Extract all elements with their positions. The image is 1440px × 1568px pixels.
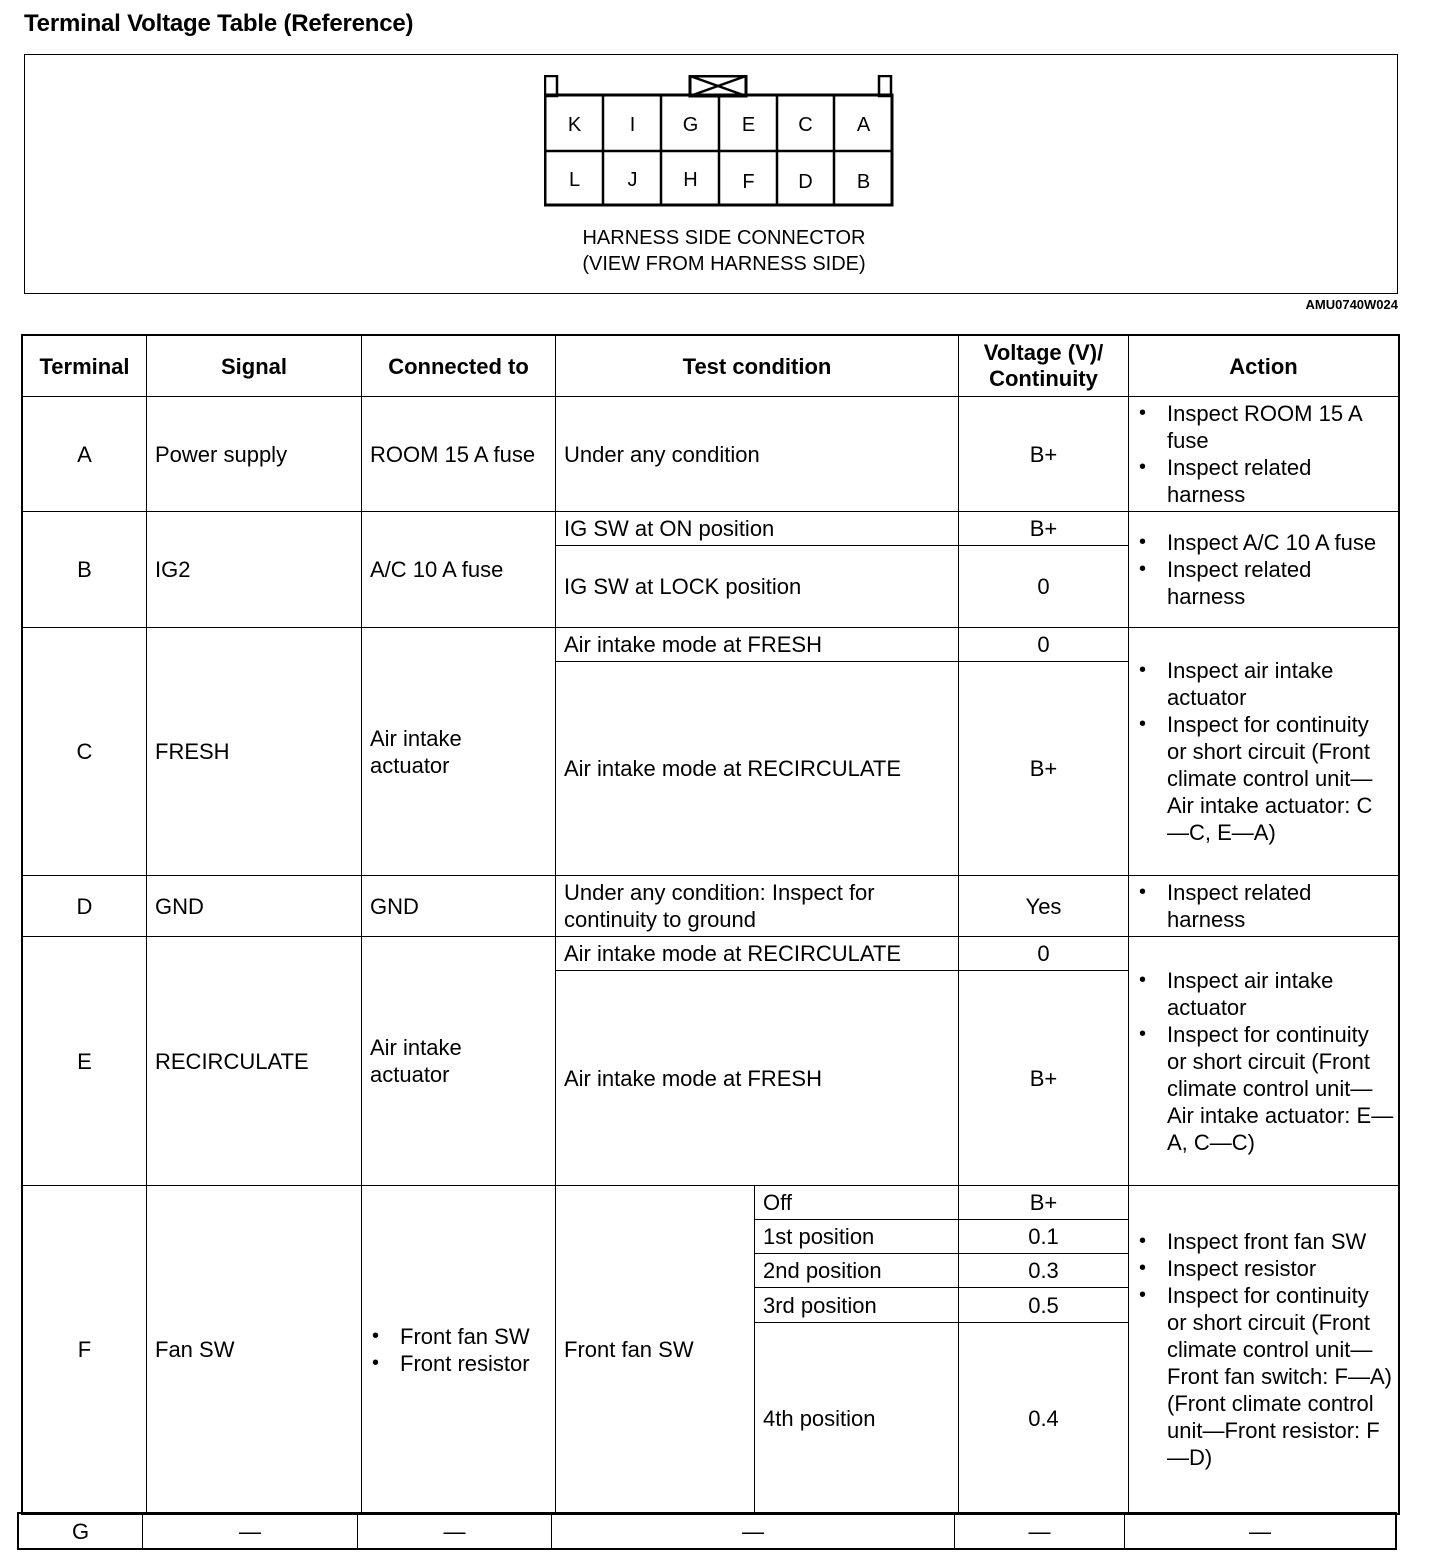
pin-label: A	[835, 98, 892, 152]
caption-line-1: HARNESS SIDE CONNECTOR	[24, 225, 1424, 251]
connected-item: Front resistor	[362, 1350, 530, 1377]
test-condition-cell: Off	[754, 1185, 959, 1220]
pin-label: B	[835, 155, 892, 209]
signal-cell: Power supply	[146, 396, 362, 512]
pin-label: D	[777, 155, 834, 209]
action-item: Inspect resistor	[1129, 1255, 1394, 1282]
test-condition-cell: Air intake mode at RECIRCULATE	[555, 936, 959, 971]
test-condition-cell: IG SW at ON position	[555, 511, 959, 546]
test-condition-cell: Under any condition	[555, 396, 959, 512]
pin-label: F	[720, 155, 777, 209]
header-connected-to: Connected to	[361, 335, 556, 397]
voltage-cell: 0.4	[958, 1322, 1129, 1514]
pin-label: G	[662, 98, 719, 152]
test-condition-cell: 2nd position	[754, 1253, 959, 1288]
action-item: Inspect related harness	[1129, 556, 1390, 610]
action-item: Inspect related harness	[1129, 879, 1390, 933]
harness-connector-diagram: K I G E C A L J H F D B	[544, 75, 894, 207]
signal-cell: RECIRCULATE	[146, 936, 362, 1186]
signal-cell: —	[142, 1513, 358, 1549]
connected-to-cell: GND	[361, 875, 556, 937]
terminal-cell: G	[18, 1513, 143, 1549]
terminal-cell: E	[22, 936, 147, 1186]
action-cell: Inspect ROOM 15 A fuseInspect related ha…	[1128, 396, 1399, 512]
action-item: Inspect ROOM 15 A fuse	[1129, 400, 1390, 454]
action-item: Inspect for continuity or short circuit …	[1129, 711, 1394, 846]
action-item: Inspect related harness	[1129, 454, 1390, 508]
action-cell: Inspect front fan SWInspect resistorInsp…	[1128, 1185, 1399, 1514]
signal-cell: Fan SW	[146, 1185, 362, 1514]
pin-label: I	[604, 98, 661, 152]
pin-label: C	[777, 98, 834, 152]
voltage-cell: Yes	[958, 875, 1129, 937]
test-condition-cell: IG SW at LOCK position	[555, 545, 959, 628]
signal-cell: IG2	[146, 511, 362, 628]
action-item: Inspect air intake actuator	[1129, 657, 1394, 711]
test-condition-cell: Under any condition: Inspect for continu…	[555, 875, 959, 937]
connector-caption: HARNESS SIDE CONNECTOR (VIEW FROM HARNES…	[24, 225, 1424, 277]
terminal-cell: C	[22, 627, 147, 876]
voltage-cell: 0	[958, 545, 1129, 628]
voltage-cell: —	[954, 1513, 1125, 1549]
pin-label: K	[546, 98, 603, 152]
voltage-cell: 0	[958, 627, 1129, 662]
voltage-cell: B+	[958, 970, 1129, 1186]
connected-to-cell: ROOM 15 A fuse	[361, 396, 556, 512]
connected-to-cell: Front fan SWFront resistor	[361, 1185, 556, 1514]
test-condition-cell: Air intake mode at FRESH	[555, 970, 959, 1186]
terminal-cell: B	[22, 511, 147, 628]
caption-line-2: (VIEW FROM HARNESS SIDE)	[24, 251, 1424, 277]
voltage-cell: B+	[958, 1185, 1129, 1220]
voltage-cell: B+	[958, 396, 1129, 512]
connected-to-cell: —	[357, 1513, 552, 1549]
action-item: Inspect for continuity or short circuit …	[1129, 1021, 1394, 1156]
header-voltage: Voltage (V)/ Continuity	[958, 335, 1129, 397]
voltage-cell: 0.1	[958, 1219, 1129, 1254]
voltage-cell: 0.5	[958, 1287, 1129, 1323]
terminal-cell: A	[22, 396, 147, 512]
header-terminal: Terminal	[22, 335, 147, 397]
test-condition-cell: 3rd position	[754, 1287, 959, 1323]
pin-label: H	[662, 153, 719, 207]
test-condition-group-cell: Front fan SW	[555, 1185, 755, 1514]
action-cell: Inspect related harness	[1128, 875, 1399, 937]
voltage-cell: 0.3	[958, 1253, 1129, 1288]
action-item: Inspect for continuity or short circuit …	[1129, 1282, 1394, 1471]
action-cell: Inspect A/C 10 A fuseInspect related har…	[1128, 511, 1399, 628]
header-action: Action	[1128, 335, 1399, 397]
voltage-cell: B+	[958, 511, 1129, 546]
action-item: Inspect front fan SW	[1129, 1228, 1394, 1255]
connected-to-cell: A/C 10 A fuse	[361, 511, 556, 628]
terminal-cell: D	[22, 875, 147, 937]
connected-to-cell: Air intake actuator	[361, 936, 556, 1186]
pin-label: J	[604, 153, 661, 207]
voltage-cell: B+	[958, 661, 1129, 876]
connected-item: Front fan SW	[362, 1323, 530, 1350]
test-condition-cell: 4th position	[754, 1322, 959, 1514]
pin-label: E	[720, 98, 777, 152]
pin-label: L	[546, 153, 603, 207]
action-cell: Inspect air intake actuatorInspect for c…	[1128, 936, 1399, 1186]
header-signal: Signal	[146, 335, 362, 397]
test-condition-cell: —	[551, 1513, 955, 1549]
action-cell: —	[1124, 1513, 1396, 1549]
signal-cell: GND	[146, 875, 362, 937]
signal-cell: FRESH	[146, 627, 362, 876]
terminal-cell: F	[22, 1185, 147, 1514]
figure-id: AMU0740W024	[1306, 297, 1399, 312]
page-title: Terminal Voltage Table (Reference)	[24, 10, 413, 38]
test-condition-cell: Air intake mode at RECIRCULATE	[555, 661, 959, 876]
voltage-cell: 0	[958, 936, 1129, 971]
action-cell: Inspect air intake actuatorInspect for c…	[1128, 627, 1399, 876]
header-test-condition: Test condition	[555, 335, 959, 397]
test-condition-cell: Air intake mode at FRESH	[555, 627, 959, 662]
test-condition-cell: 1st position	[754, 1219, 959, 1254]
connected-to-cell: Air intake actuator	[361, 627, 556, 876]
action-item: Inspect A/C 10 A fuse	[1129, 529, 1390, 556]
action-item: Inspect air intake actuator	[1129, 967, 1394, 1021]
